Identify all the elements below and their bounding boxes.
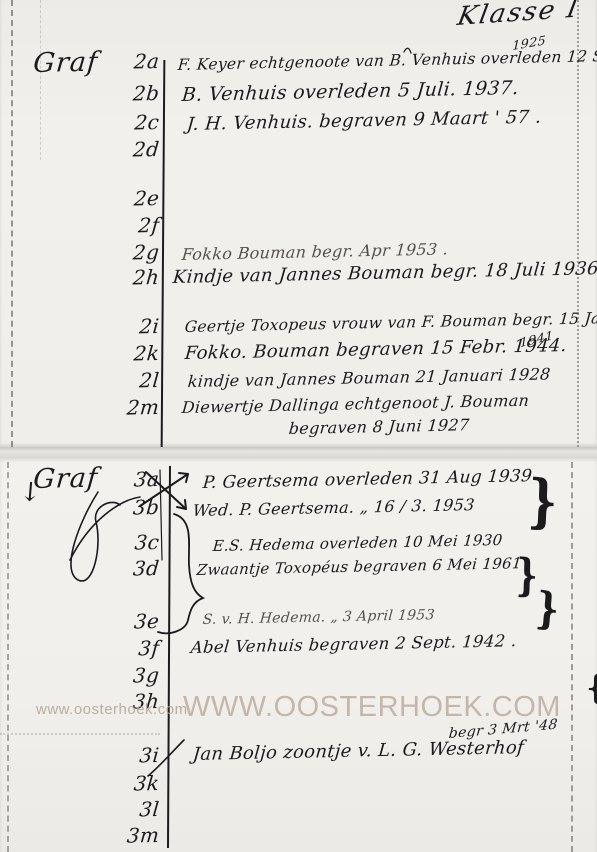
grave-number: 3e	[14, 609, 160, 636]
left-page-edge	[7, 462, 9, 852]
watermark-large: WWW.OOSTERHOEK.COM	[183, 691, 561, 724]
watermark-small: www.oosterhoek.com	[36, 701, 188, 718]
grave-number: 3g	[14, 663, 160, 690]
right-page-edge	[571, 462, 573, 852]
grave-number: 2k	[14, 341, 160, 368]
group-brace-3e: }	[534, 582, 561, 635]
register-entry-continuation: begraven 8 Juni 1927	[288, 415, 470, 438]
right-page-edge	[577, 0, 579, 447]
grave-number: 3m	[14, 823, 160, 850]
grave-number: 2f	[14, 213, 160, 240]
group-brace-3ab: }	[527, 466, 559, 535]
grave-number: 2e	[14, 186, 160, 213]
grave-number: 3c	[14, 530, 160, 557]
grave-number: 2g	[14, 240, 160, 267]
grave-number: 2i	[14, 314, 160, 341]
grave-number: 2c	[14, 110, 160, 137]
grave-number: 3d	[14, 556, 160, 583]
grave-number: 3a	[14, 467, 160, 494]
grave-number: 2h	[14, 265, 160, 292]
grave-number: 2d	[14, 137, 160, 164]
grave-number: 2m	[14, 395, 160, 422]
grave-number: 2a	[14, 49, 160, 76]
grave-number: 3k	[14, 771, 160, 798]
grave-number: 3l	[14, 797, 160, 824]
scan-divider	[0, 447, 597, 458]
crease-line	[0, 733, 160, 735]
grave-number: 2b	[14, 81, 160, 108]
group-brace-edge: {	[586, 668, 597, 708]
grave-number: 3b	[14, 495, 160, 522]
group-brace-3d: }	[515, 550, 538, 603]
register-entry: B. Venhuis overleden 5 Juli. 1937.	[181, 77, 520, 106]
register-entry: Diewertje Dallinga echtgenoot J. Bouman	[181, 391, 530, 417]
scanned-register-page: Klasse I Graf 2a 2b 2c 2d 2e 2f 2g 2h 2i…	[0, 0, 597, 852]
grave-number: 2l	[14, 368, 160, 395]
register-entry: Fokko Bouman begr. Apr 1953 .	[181, 239, 449, 264]
register-entry: J. H. Venhuis. begraven 9 Maart ' 57 .	[186, 107, 542, 135]
scan-section-graf2: Klasse I Graf 2a 2b 2c 2d 2e 2f 2g 2h 2i…	[0, 0, 597, 447]
left-page-edge	[11, 0, 13, 447]
register-entry: kindje van Jannes Bouman 21 Januari 1928	[187, 364, 551, 391]
grave-number: 3i	[14, 743, 160, 770]
register-entry: F. Keyer echtgenoote van B. Venhuis over…	[177, 47, 597, 74]
grave-number: 3f	[14, 636, 160, 663]
register-entry: Fokko. Bouman begraven 15 Febr. 1944.	[184, 335, 568, 364]
column-rule	[161, 60, 165, 447]
class-label: Klasse I	[455, 0, 582, 32]
